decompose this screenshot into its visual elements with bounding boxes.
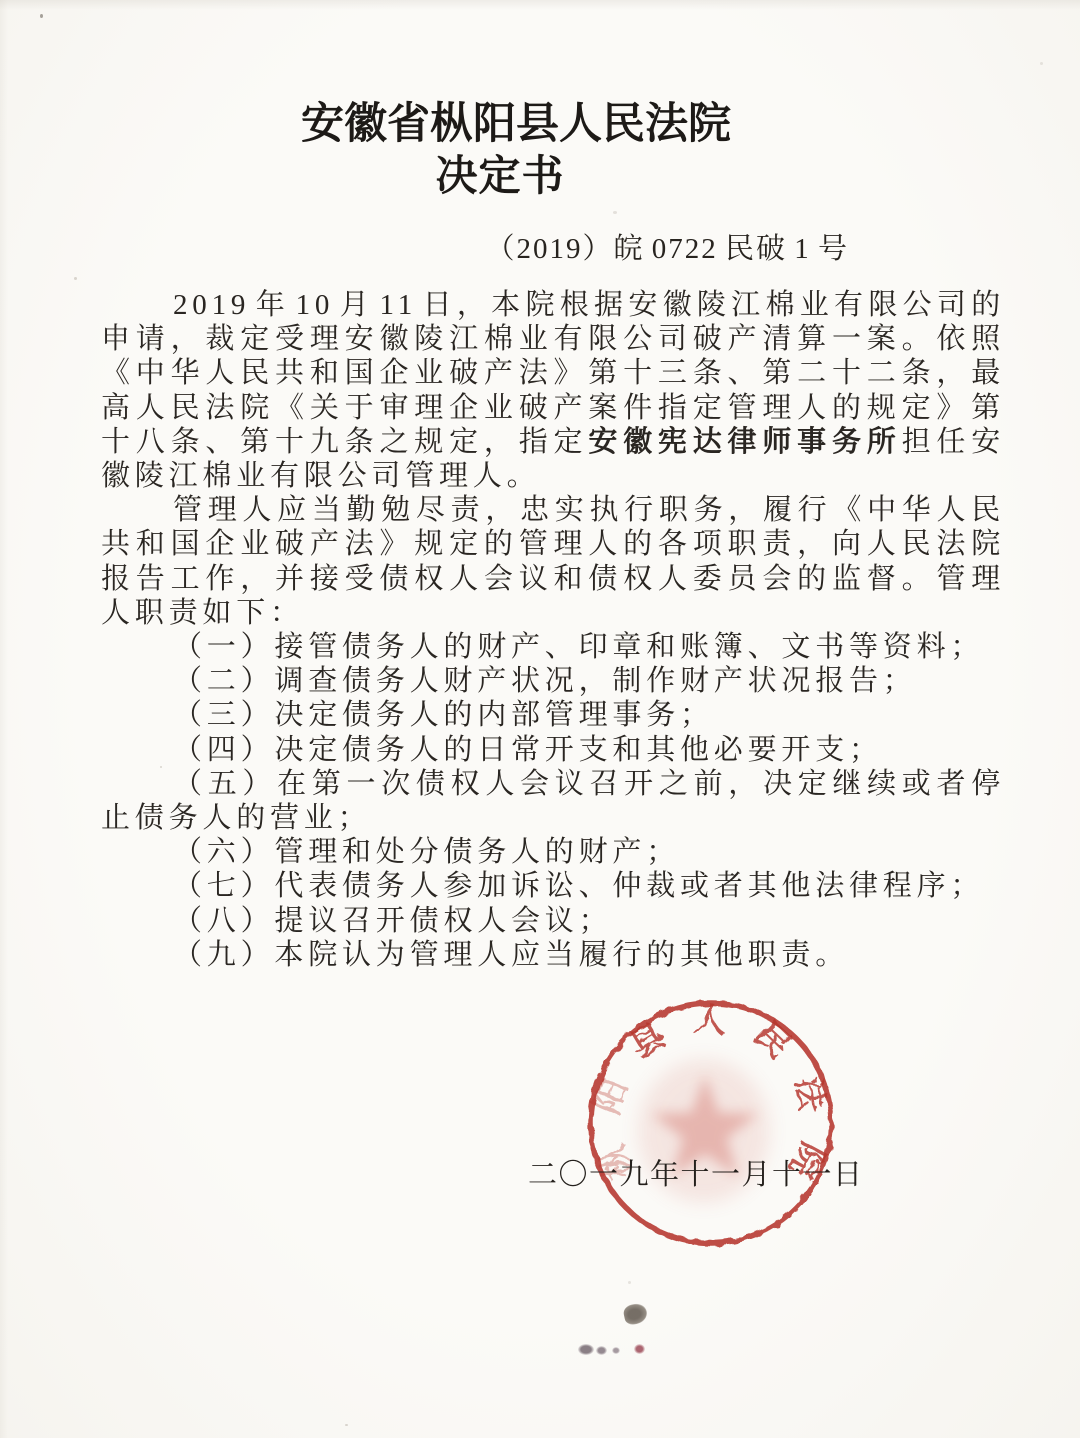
duty-item: （七）代表债务人参加诉讼、仲裁或者其他法律程序； [101,869,1005,903]
duty-item: （八）提议召开债权人会议； [101,904,1005,938]
duty-item: （一）接管债务人的财产、印章和账簿、文书等资料； [101,630,1005,664]
court-name-title: 安徽省枞阳县人民法院 [0,100,1056,149]
duty-item: （四）决定债务人的日常开支和其他必要开支； [101,733,1005,767]
duty-item: （二）调查债务人财产状况，制作财产状况报告； [101,664,1005,698]
administrator-firm-name: 安徽宪达律师事务所 [588,426,901,458]
duty-item: （九）本院认为管理人应当履行的其他职责。 [101,938,1005,972]
duty-item: （三）决定债务人的内部管理事务； [101,698,1005,732]
paper-speck [628,1281,631,1284]
ink-smudge [612,1347,620,1354]
official-seal: 枞阳县人民法院 [576,988,846,1258]
ink-smudge [596,1346,607,1355]
document-page: 安徽省枞阳县人民法院 决定书 （2019）皖 0722 民破 1 号 2019 … [0,0,1080,1438]
ink-smudge [578,1344,594,1355]
ink-smudge [622,1302,649,1326]
paper-speck [74,277,77,280]
case-number: （2019）皖 0722 民破 1 号 [485,226,849,267]
duty-item: （六）管理和处分债务人的财产； [101,835,1005,869]
paper-speck [160,766,162,768]
duties-list: （一）接管债务人的财产、印章和账簿、文书等资料；（二）调查债务人财产状况，制作财… [101,630,1005,972]
paper-speck [613,211,617,214]
document-date: 二〇一九年十一月十一日 [528,1152,864,1193]
document-body: 2019 年 10 月 11 日，本院根据安徽陵江棉业有限公司的申请，裁定受理安… [101,288,1005,972]
paper-speck [1040,62,1043,65]
duty-item: （五）在第一次债权人会议召开之前，决定继续或者停止债务人的营业； [101,767,1005,835]
duties-preamble: 管理人应当勤勉尽责，忠实执行职务，履行《中华人民共和国企业破产法》规定的管理人的… [101,493,1005,630]
ink-smudge [634,1344,645,1354]
intro-paragraph: 2019 年 10 月 11 日，本院根据安徽陵江棉业有限公司的申请，裁定受理安… [101,288,1005,493]
document-type-title: 决定书 [0,153,1040,201]
paper-speck [40,14,43,18]
paper-speck [345,1424,348,1426]
